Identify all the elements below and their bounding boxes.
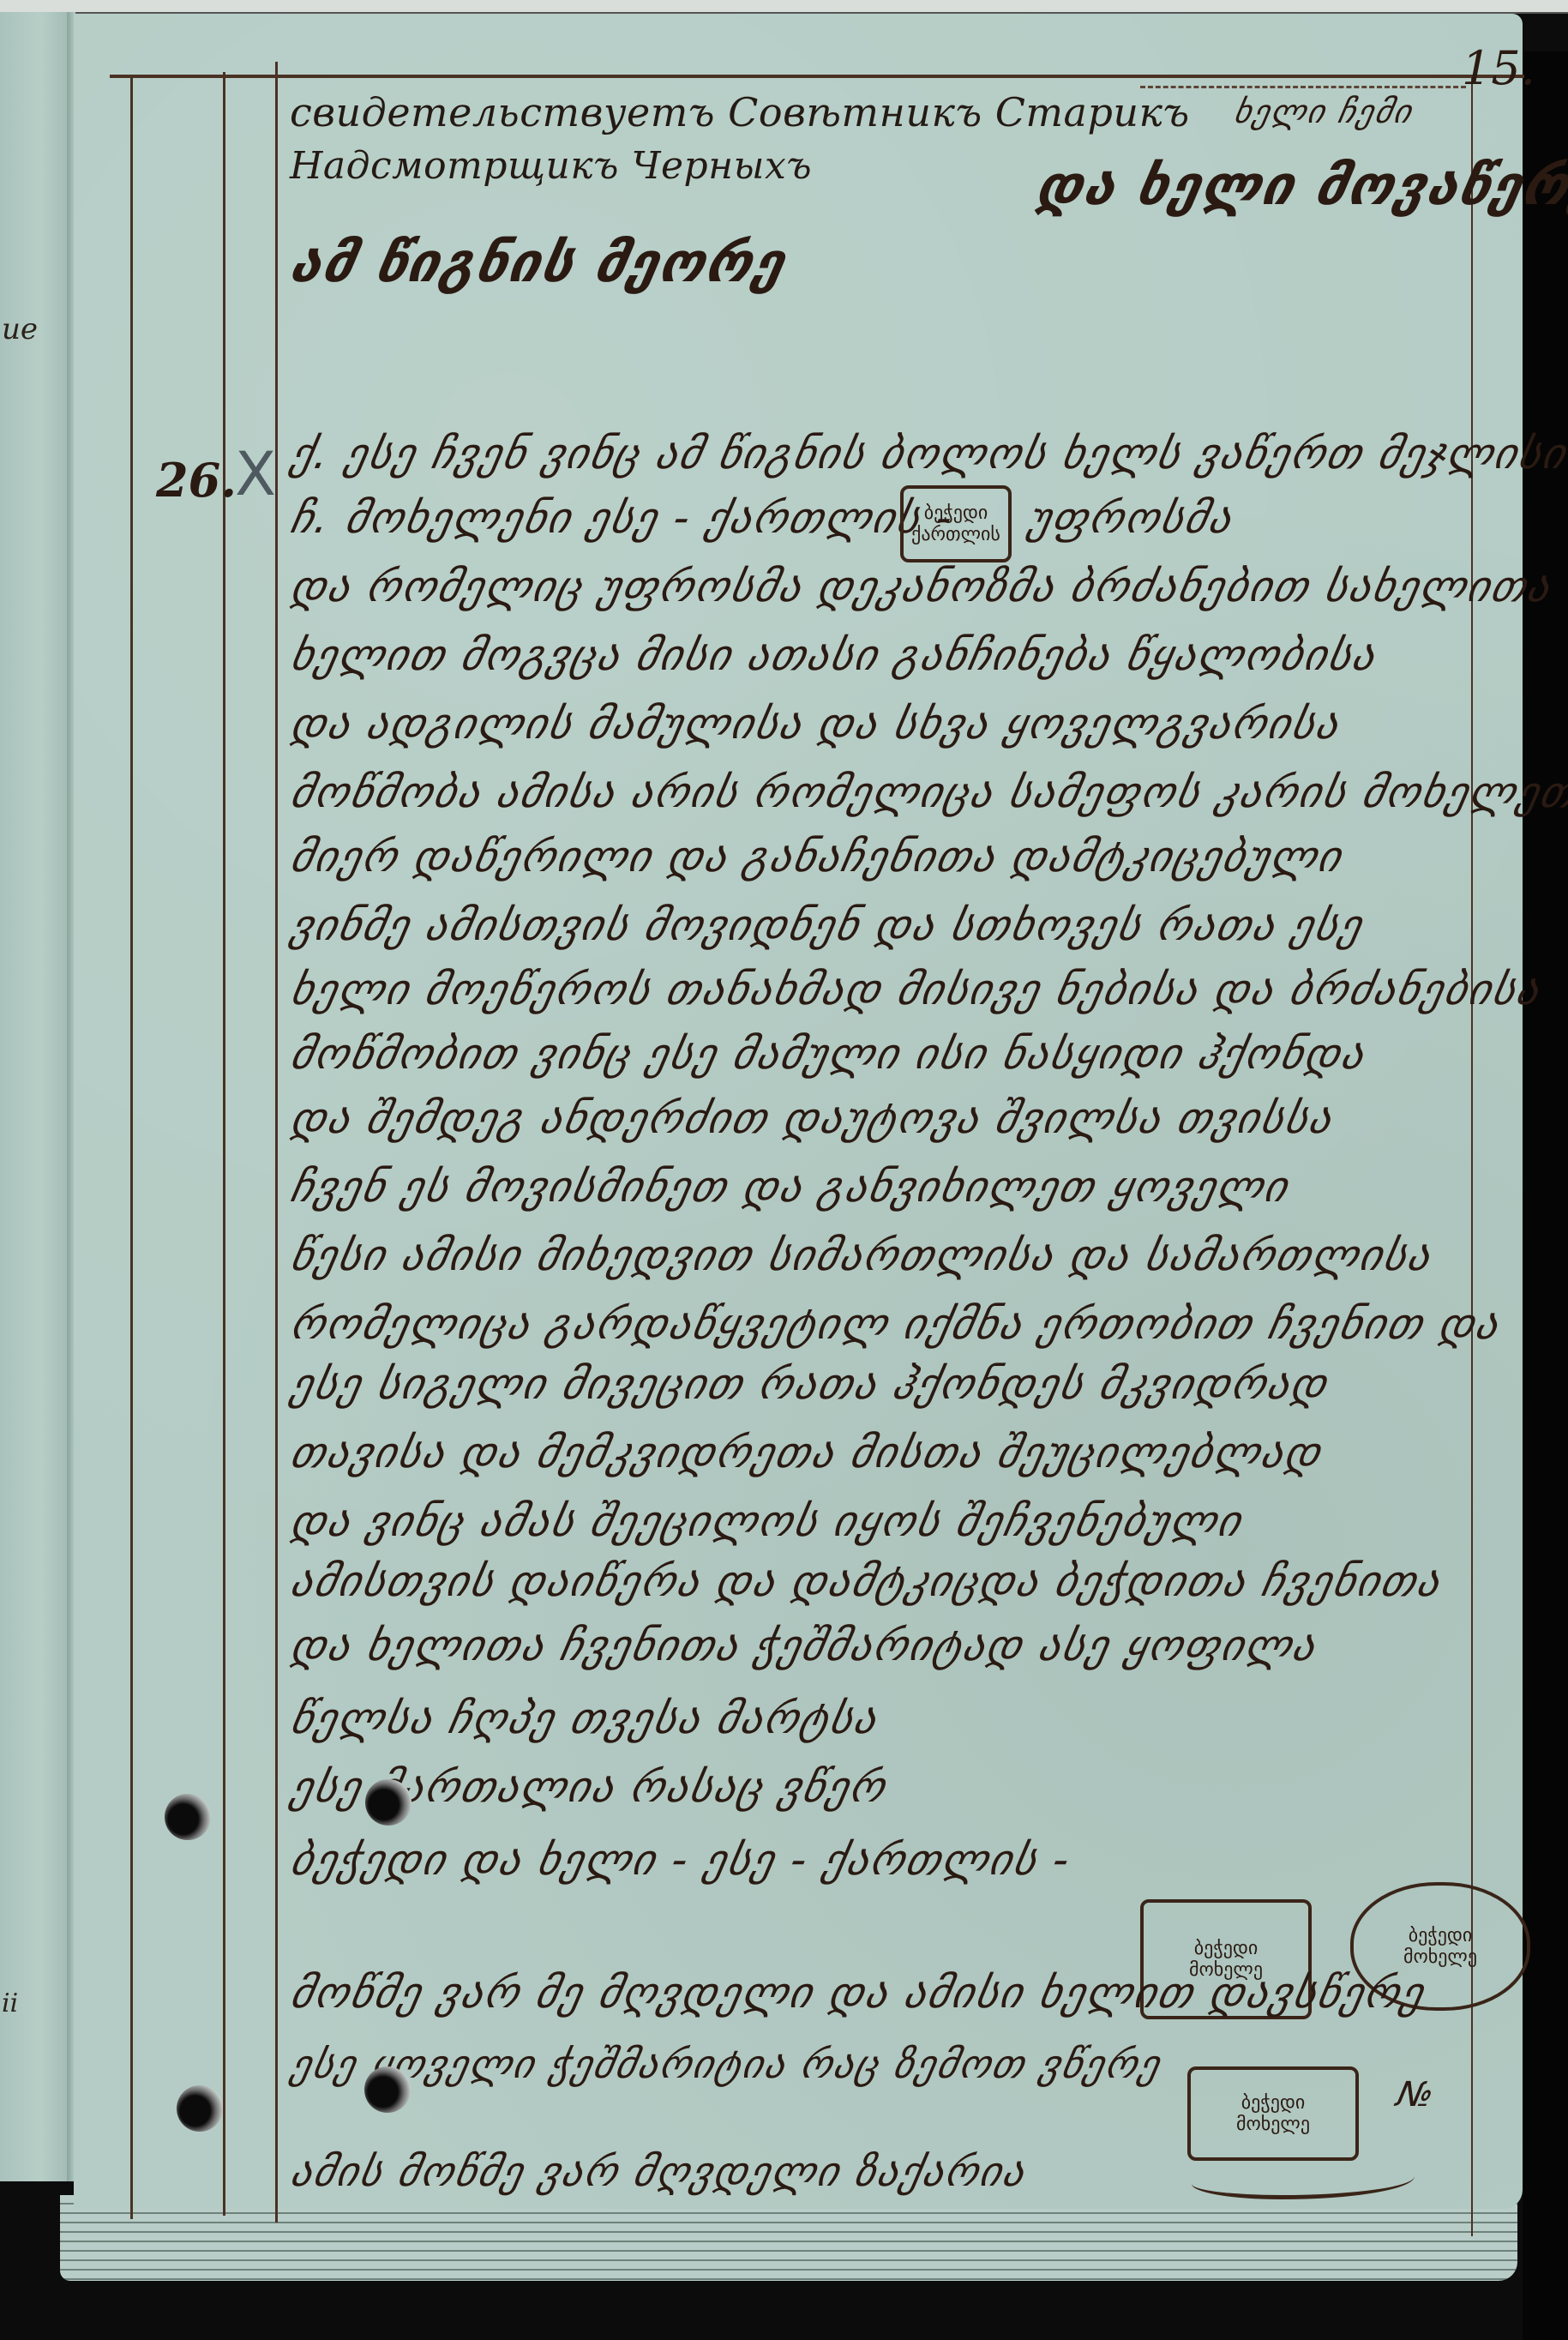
seal-text: ბეჭედი <box>1241 2092 1306 2114</box>
binding-punch-hole <box>165 1794 211 1840</box>
binding-punch-hole <box>365 1779 412 1826</box>
manuscript-line: ესე სიგელი მივეცით რათა ჰქონდეს მკვიდრად <box>286 1359 1333 1409</box>
manuscript-line: რომელიცა გარდაწყვეტილ იქმნა ერთობით ჩვენ… <box>286 1299 1505 1349</box>
page-number: 15. <box>1462 41 1535 95</box>
manuscript-line: თავისა და მემკვიდრეთა მისთა შეუცილებლად <box>286 1428 1327 1477</box>
manuscript-line: მოწმობა ამისა არის რომელიცა სამეფოს კარი… <box>286 767 1568 817</box>
manuscript-line: ბეჭედი და ხელი - ესე - ქართლის - <box>286 1835 1076 1885</box>
manuscript-line: მოწმობით ვინც ესე მამული ისი ნასყიდი ჰქო… <box>286 1029 1371 1079</box>
seal-text: ბეჭედი <box>1194 1938 1259 1959</box>
previous-page-fragment: ii <box>2 1988 18 2018</box>
background-shadow <box>1523 51 1568 2340</box>
manuscript-line: ხელით მოგვცა მისი ათასი განჩინება წყალობ… <box>286 630 1382 680</box>
manuscript-line: და ადგილის მამულისა და სხვა ყოველგვარისა <box>286 699 1345 749</box>
manuscript-line: და ვინც ამას შეეცილოს იყოს შეჩვენებული <box>286 1496 1247 1546</box>
manuscript-line: ხელი მოეწეროს თანახმად მისივე ნებისა და … <box>286 965 1546 1014</box>
seal-text: ქართლის <box>911 524 1000 545</box>
manuscript-line-continuation: უფროსმა <box>1024 493 1238 543</box>
manuscript-line: და რომელიც უფროსმა დეკანოზმა ბრძანებით ს… <box>286 562 1568 611</box>
seal-note: № <box>1393 2075 1439 2114</box>
seal-text: ბეჭედი <box>924 502 988 524</box>
scanner-top-strip <box>0 0 1568 14</box>
entry-number: 26. <box>156 453 237 508</box>
column-rule <box>275 62 278 2223</box>
manuscript-line: და შემდეგ ანდერძით დაუტოვა შვილსა თვისსა <box>286 1093 1338 1143</box>
pencil-mark: X <box>235 439 276 509</box>
binding-punch-hole <box>177 2085 223 2132</box>
manuscript-line: წესი ამისი მიხედვით სიმართლისა და სამართ… <box>286 1230 1437 1280</box>
manuscript-line: და ხელითა ჩვენითა ჭეშმარიტად ასე ყოფილა <box>286 1621 1322 1670</box>
russian-attestation-line: свидетельствуетъ Совѣтникъ Старикъ <box>290 89 1190 135</box>
manuscript-line: ესე ყოველი ჭეშმარიტია რაც ზემოთ ვწერე <box>286 2041 1166 2087</box>
seal-text: მოხელე <box>1236 2114 1310 2135</box>
closing-signature-line: ამის მოწმე ვარ მღვდელი ზაქარია <box>286 2148 1030 2196</box>
manuscript-line: ვინმე ამისთვის მოვიდნენ და სთხოვეს რათა … <box>286 900 1368 950</box>
header-rule <box>110 75 1524 78</box>
manuscript-line: წელსა ჩღპე თვესა მარტსა <box>286 1693 883 1743</box>
manuscript-line: ჩ. მოხელენი ესე - ქართლის - <box>286 493 958 543</box>
georgian-signature: ამ წიგნის მეორე <box>285 232 792 295</box>
inline-seal: ბეჭედი ქართლის <box>900 485 1012 562</box>
previous-page-fragment: ие <box>2 312 38 346</box>
seal-text: მოხელე <box>1403 1946 1477 1968</box>
seal-stamp-rect: ბეჭედი მოხელე <box>1187 2066 1359 2161</box>
column-rule <box>130 75 133 2219</box>
georgian-annotation: ხელი ჩემი <box>1230 93 1416 130</box>
manuscript-line: ამისთვის დაიწერა და დამტკიცდა ბეჭდითა ჩვ… <box>286 1556 1446 1606</box>
manuscript-line: მიერ დაწერილი და განაჩენითა დამტკიცებული <box>286 832 1348 881</box>
russian-official-line: Надсмотрщикъ Черныхъ <box>290 144 812 188</box>
seal-text: ბეჭედი <box>1409 1925 1473 1946</box>
previous-page-edge: ие ii <box>0 12 74 2181</box>
column-rule <box>223 72 225 2216</box>
binding-punch-hole <box>364 2066 411 2113</box>
manuscript-line: მოწმე ვარ მე მღვდელი და ამისი ხელით დავს… <box>286 1968 1430 2018</box>
georgian-signature: და ხელი მოვაწერე <box>1030 154 1568 218</box>
manuscript-line: ჩვენ ეს მოვისმინეთ და განვიხილეთ ყოველი <box>286 1162 1295 1212</box>
manuscript-line: ქ. ესე ჩვენ ვინც ამ წიგნის ბოლოს ხელს ვა… <box>286 429 1568 478</box>
dotted-rule <box>1140 86 1466 88</box>
